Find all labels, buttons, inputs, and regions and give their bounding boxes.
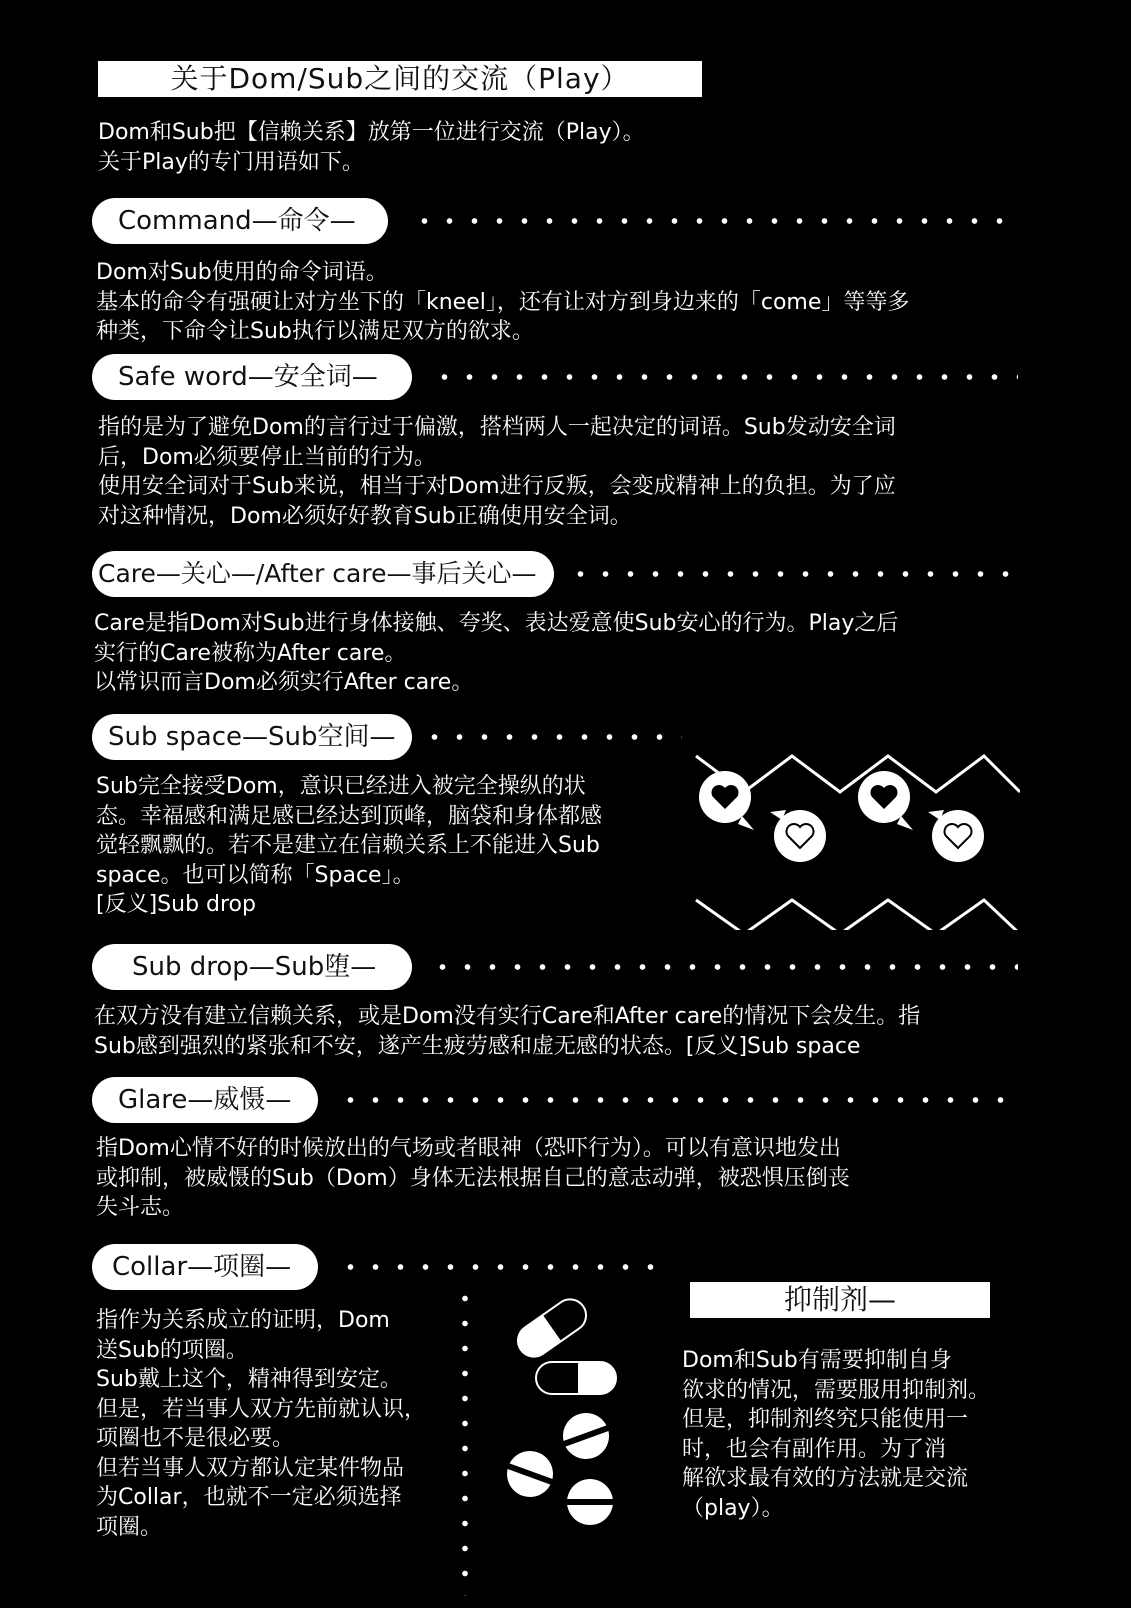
- body-command: Dom对Sub使用的命令词语。 基本的命令有强硬让对方坐下的「kneel」，还有…: [96, 258, 909, 347]
- heading-safe-word: Safe word—安全词—: [92, 354, 412, 400]
- body-care: Care是指Dom对Sub进行身体接触、夸奖、表达爱意使Sub安心的行为。Pla…: [94, 609, 898, 698]
- heading-care: Care—关心—/After care—事后关心—: [92, 551, 554, 597]
- dot-leader: [430, 964, 1018, 970]
- heading-command: Command—命令—: [92, 198, 388, 244]
- pills-illustration: [500, 1290, 630, 1540]
- capsule-icon: [512, 1293, 593, 1363]
- body-sub-space: Sub完全接受Dom，意识已经进入被完全操纵的状 态。幸福感和满足感已经达到顶峰…: [96, 772, 602, 920]
- heading-collar: Collar—项圈—: [92, 1244, 318, 1290]
- heart-bubble-icon: [699, 771, 754, 830]
- dot-leader: [338, 1097, 1018, 1103]
- dot-leader: [422, 734, 682, 740]
- speech-bubble-hearts-illustration: [690, 720, 1020, 930]
- heading-glare: Glare—威慑—: [92, 1077, 318, 1123]
- heart-bubble-icon: [858, 771, 913, 830]
- dot-leader: [412, 218, 1018, 224]
- vertical-dot-divider: [462, 1286, 468, 1596]
- tablet-icon: [500, 1444, 560, 1504]
- page-title: 关于Dom/Sub之间的交流（Play）: [98, 61, 702, 97]
- body-sub-drop: 在双方没有建立信赖关系，或是Dom没有实行Care和After care的情况下…: [94, 1002, 920, 1061]
- body-collar: 指作为关系成立的证明，Dom 送Sub的项圈。 Sub戴上这个，精神得到安定。 …: [96, 1306, 426, 1542]
- tablet-icon: [566, 1479, 614, 1525]
- heading-suppressant: 抑制剂—: [690, 1282, 990, 1318]
- dot-leader: [568, 571, 1018, 577]
- intro-text: Dom和Sub把【信赖关系】放第一位进行交流（Play）。 关于Play的专门用…: [98, 118, 645, 177]
- heart-outline-bubble-icon: [770, 810, 826, 862]
- dot-leader: [432, 374, 1018, 380]
- body-safe-word: 指的是为了避免Dom的言行过于偏激，搭档两人一起决定的词语。Sub发动安全词 后…: [98, 413, 896, 531]
- dot-leader: [338, 1264, 668, 1270]
- zigzag-bottom: [696, 900, 1020, 930]
- heading-sub-space: Sub space—Sub空间—: [92, 714, 412, 760]
- tablet-icon: [556, 1406, 617, 1466]
- body-suppressant: Dom和Sub有需要抑制自身 欲求的情况，需要服用抑制剂。 但是，抑制剂终究只能…: [682, 1346, 990, 1523]
- capsule-icon: [536, 1362, 616, 1394]
- heading-sub-drop: Sub drop—Sub堕—: [92, 944, 412, 990]
- heart-outline-bubble-icon: [928, 810, 984, 862]
- body-glare: 指Dom心情不好的时候放出的气场或者眼神（恐吓行为）。可以有意识地发出 或抑制，…: [96, 1134, 850, 1223]
